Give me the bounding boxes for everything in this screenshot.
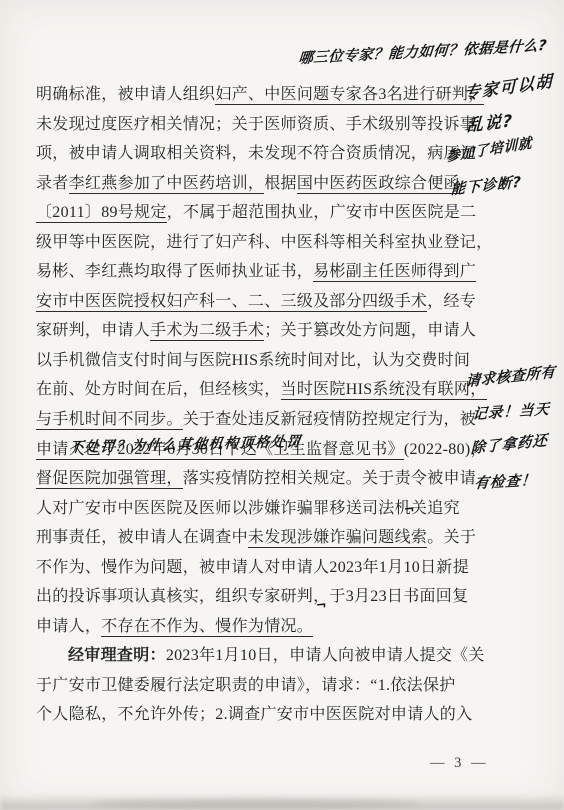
document-line: 明确标准，被申请人组织妇产、中医问题专家各3名进行研判， [36,80,528,110]
text-segment: 2023年1月10日，申请人向被申请人提交《关 [166,647,485,664]
scanned-document-page: 明确标准，被申请人组织妇产、中医问题专家各3名进行研判，未发现过度医疗相关情况；… [0,0,564,810]
text-segment: 经审理查明： [68,647,166,664]
document-line: 易彬、李红燕均取得了医师执业证书，易彬副主任医师得到广 [36,257,528,287]
scan-edge-shadow [0,794,564,810]
text-segment: 落实疫情防控相关规定。关于责令被申请 [183,470,476,487]
text-segment: 于广安市卫健委履行法定职责的申请》，请求：“1.依法保护 [36,677,456,694]
document-line: 未发现过度医疗相关情况；关于医师资质、手术级别等投诉事 [36,110,528,140]
text-segment: ，不属于超范围执业，广安市中医医院是二 [167,204,477,221]
underlined-text-segment: 与手机时间不同步。 [36,411,183,430]
underlined-text-segment: 国中医药医政综合便函 [297,175,460,194]
document-line: 与手机时间不同步。关于查处违反新冠疫情防控规定行为，被 [36,405,528,435]
underlined-text-segment: 李红燕参加了中医药培训， [69,175,265,194]
document-line: 刑事责任，被申请人在调查中未发现涉嫌诈骗问题线索。关于 [36,523,528,553]
text-segment: 。关于 [427,529,476,546]
underlined-text-segment: 安市中医医院授权妇产科一、二、三级及部分四级手术 [36,293,427,312]
document-line: 督促医院加强管理，落实疫情防控相关规定。关于责令被申请 [36,464,528,494]
text-segment: 家研判，申请人 [36,322,150,339]
text-segment: 出的投诉事项认真核实，组织专家研判，于3月23日书面回复 [36,588,468,605]
scan-smudge-artifact [90,799,420,808]
document-line: 在前、处方时间在后，但经核实，当时医院HIS系统没有联网， [36,375,528,405]
underlined-text-segment: 易彬副主任医师得到广 [313,263,476,282]
text-segment: 个人隐私，不允许外传；2.调查广安市中医医院对申请人的入 [36,706,472,723]
document-line: 〔2011〕89号规定，不属于超范围执业，广安市中医医院是二 [36,198,528,228]
document-line: 个人隐私，不允许外传；2.调查广安市中医医院对申请人的入 [36,700,528,730]
text-segment: ；关于篡改处方问题，申请人 [264,322,476,339]
underlined-text-segment: 督促医院加强管理， [36,470,183,489]
text-segment: ，经专 [427,293,476,310]
text-segment: 级甲等中医医院，进行了妇产科、中医科等相关科室执业登记， [36,234,492,251]
text-segment: 不作为、慢作为问题，被申请人对申请人2023年1月10日新提 [36,559,469,576]
document-line: 于广安市卫健委履行法定职责的申请》，请求：“1.依法保护 [36,671,528,701]
underlined-text-segment: 手术为二级手术 [150,322,264,341]
underlined-text-segment: 妇产、中医问题专家各3名进行研判， [215,86,484,105]
text-segment: 关于查处违反新冠疫情防控规定行为，被 [183,411,476,428]
text-segment: 易彬、李红燕均取得了医师执业证书， [36,263,313,280]
text-segment: 明确标准，被申请人组织 [36,86,215,103]
document-body: 明确标准，被申请人组织妇产、中医问题专家各3名进行研判，未发现过度医疗相关情况；… [36,80,528,730]
document-line: 安市中医医院授权妇产科一、二、三级及部分四级手术，经专 [36,287,528,317]
document-line: 级甲等中医医院，进行了妇产科、中医科等相关科室执业登记， [36,228,528,258]
text-segment: 以手机微信支付时间与医院HIS系统时间对比，认为交费时间 [36,352,470,369]
margin-note-records-line4: 有检查！ [474,474,537,493]
text-segment: 根据 [264,175,297,192]
document-line: 以手机微信支付时间与医院HIS系统时间对比，认为交费时间 [36,346,528,376]
document-line: 出的投诉事项认真核实，组织专家研判，于3月23日书面回复 [36,582,528,612]
document-line: 经审理查明：2023年1月10日，申请人向被申请人提交《关 [36,641,528,671]
text-segment: 申请人， [36,618,101,635]
text-segment: 未发现过度医疗相关情况；关于医师资质、手术级别等投诉事 [36,116,476,133]
text-segment: 项，被申请人调取相关资料，未发现不符合资质情况，病历记 [36,145,476,162]
underlined-text-segment: 未发现涉嫌诈骗问题线索 [248,529,427,548]
text-segment: 录者 [36,175,69,192]
document-line: 不作为、慢作为问题，被申请人对申请人2023年1月10日新提 [36,553,528,583]
document-line: 申请人，不存在不作为、慢作为情况。 [36,612,528,642]
underlined-text-segment: 不存在不作为、慢作为情况。 [101,618,313,637]
underlined-text-segment: 〔2011〕89号规定 [36,204,167,223]
text-segment: 刑事责任，被申请人在调查中 [36,529,248,546]
text-segment: 人对广安市中医医院及医师以涉嫌诈骗罪移送司法机关追究 [36,500,460,517]
margin-note-experts-question: 哪三位专家？能力如何？依据是什么? [298,39,548,68]
document-line: 人对广安市中医医院及医师以涉嫌诈骗罪移送司法机关追究 [36,494,528,524]
underlined-text-segment: 当时医院HIS系统没有联网， [281,381,487,400]
pen-tick-mark-2: ¬ [315,599,326,615]
margin-note-records-line2: 记录！当天 [472,403,550,424]
pen-tick-mark-1: ¬ [403,503,414,519]
page-number: — 3 — [430,755,489,772]
text-segment: 在前、处方时间在后，但经核实， [36,381,281,398]
document-line: 家研判，申请人手术为二级手术；关于篡改处方问题，申请人 [36,316,528,346]
